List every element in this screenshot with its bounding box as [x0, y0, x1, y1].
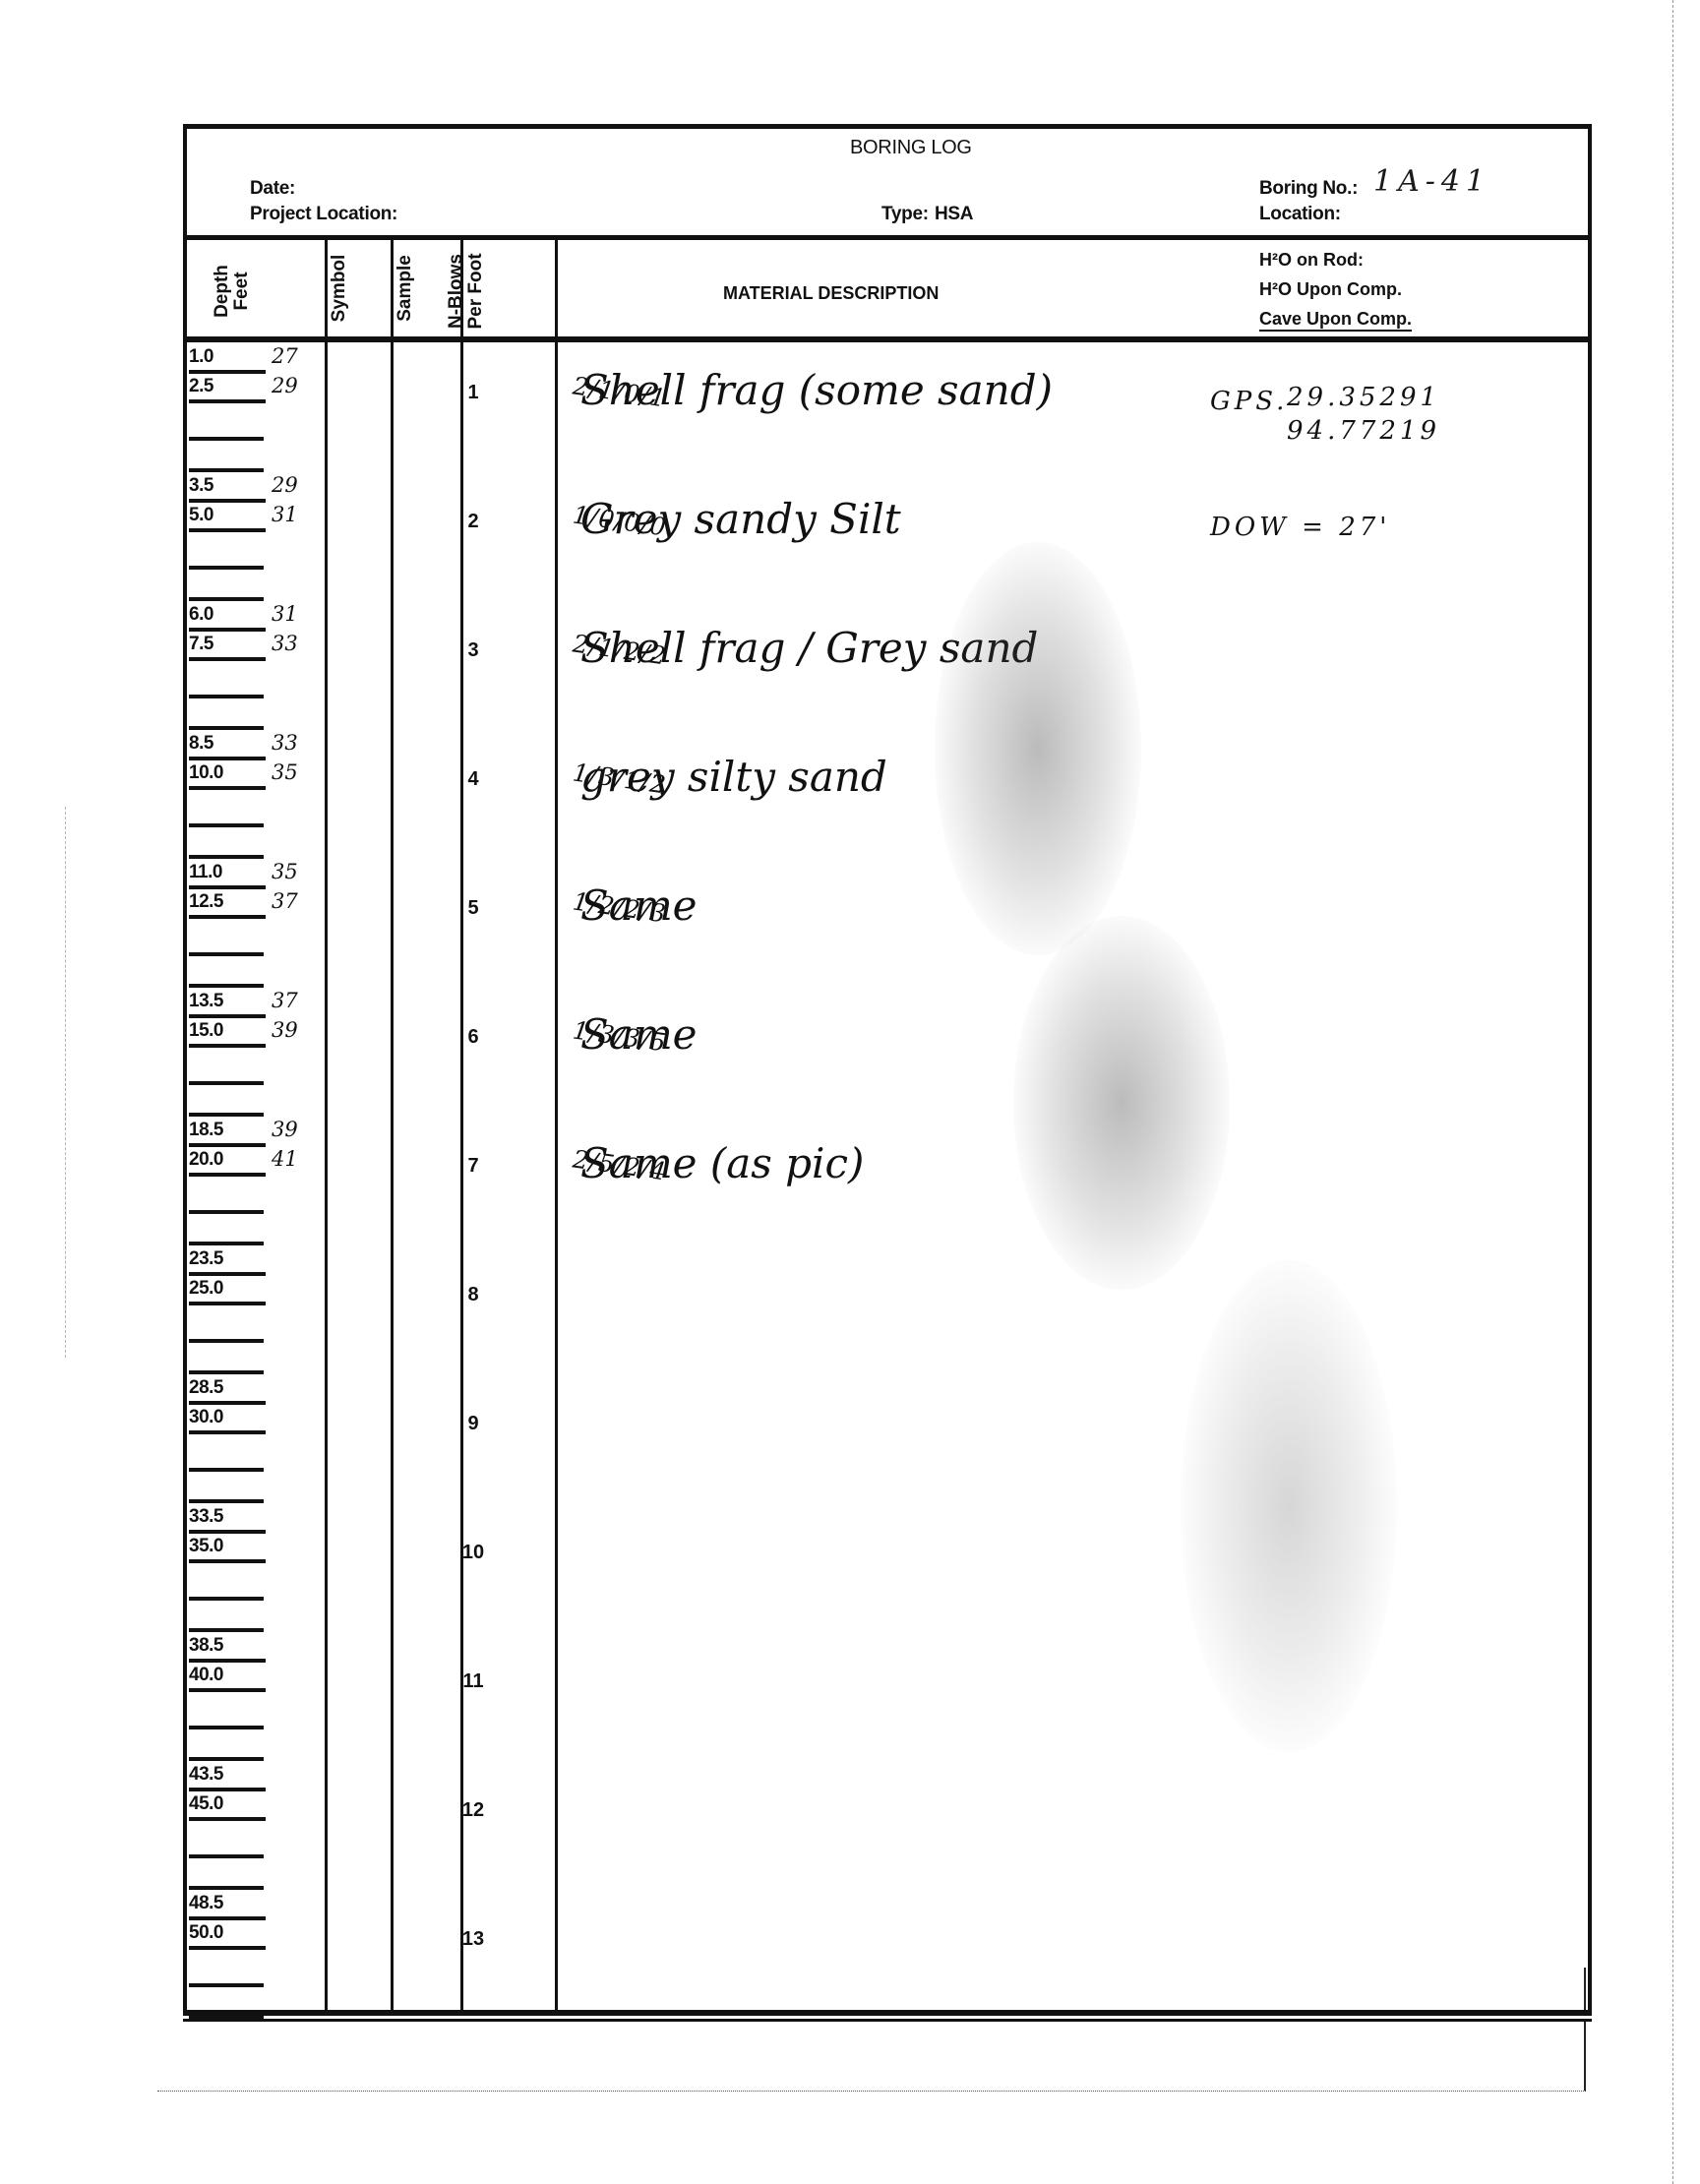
sample-number: 3 — [460, 639, 486, 662]
sample-number: 5 — [460, 897, 486, 920]
boring-no-value: 1A-41 — [1373, 164, 1490, 199]
sample-row: 43.545.012 — [187, 1760, 1588, 1889]
cave-upon-comp-label: Cave Upon Comp. — [1259, 309, 1412, 332]
depth-top: 8.5 — [189, 731, 266, 760]
sample-number: 2 — [460, 511, 486, 533]
scan-smudge — [935, 542, 1141, 955]
depth-tick — [189, 1854, 264, 1858]
gps-label: GPS. — [1210, 387, 1288, 416]
depth-tick — [189, 1468, 264, 1472]
scan-page-edge-left — [65, 807, 66, 1358]
sample-number: 4 — [460, 768, 486, 791]
depth-bottom: 15.0 — [189, 1018, 266, 1048]
dow-note: DOW = 27' — [1210, 513, 1390, 542]
depth-top-handwritten: 33 — [272, 731, 298, 755]
gps-longitude: 94.77219 — [1287, 416, 1440, 446]
type-label: Type: — [881, 204, 929, 225]
scan-smudge — [1181, 1260, 1397, 1752]
depth-tick — [189, 437, 264, 441]
depth-top: 28.5 — [189, 1375, 266, 1405]
boring-no-label: Boring No.: — [1259, 178, 1358, 200]
depth-bottom-handwritten: 35 — [272, 760, 298, 784]
scan-smudge — [1013, 916, 1230, 1290]
sample-number: 7 — [460, 1155, 486, 1178]
location-label: Location: — [1259, 204, 1341, 225]
depth-unit-label: Feet — [231, 272, 252, 310]
depth-bottom-handwritten: 37 — [272, 889, 298, 913]
depth-tick — [189, 952, 264, 956]
depth-top: 43.5 — [189, 1762, 266, 1791]
sample-number: 8 — [460, 1284, 486, 1306]
column-sample-header: Sample — [395, 244, 417, 333]
depth-bottom: 45.0 — [189, 1791, 266, 1821]
sample-number: 9 — [460, 1413, 486, 1435]
depth-bottom: 5.0 — [189, 503, 266, 532]
sample-number: 12 — [460, 1799, 486, 1822]
column-material-header: MATERIAL DESCRIPTION — [723, 283, 939, 304]
depth-top: 18.5 — [189, 1118, 266, 1147]
depth-bottom-handwritten: 33 — [272, 632, 298, 655]
depth-tick — [189, 2015, 264, 2019]
depth-top: 11.0 — [189, 860, 266, 889]
depth-top: 33.5 — [189, 1504, 266, 1534]
depth-top: 6.0 — [189, 602, 266, 632]
depth-bottom: 2.5 — [189, 374, 266, 403]
depth-bottom: 20.0 — [189, 1147, 266, 1177]
sample-row: 13.53715.03961/3/3/5Same — [187, 987, 1588, 1116]
sample-row: 8.53310.03541/3/1/2grey silty sand — [187, 729, 1588, 858]
depth-top-handwritten: 27 — [272, 344, 298, 368]
depth-top-handwritten: 31 — [272, 602, 298, 626]
depth-tick — [189, 1726, 264, 1729]
depth-tick — [189, 1983, 264, 1987]
column-depth-header: Depth Feet — [212, 242, 256, 340]
depth-top: 3.5 — [189, 473, 266, 503]
depth-bottom: 40.0 — [189, 1663, 266, 1692]
date-label: Date: — [250, 178, 295, 200]
sample-row: 23.525.08 — [187, 1244, 1588, 1373]
depth-top: 38.5 — [189, 1633, 266, 1663]
material-description: Same — [580, 1010, 698, 1059]
depth-tick — [189, 1081, 264, 1085]
sample-row: 48.550.013 — [187, 1889, 1588, 2018]
depth-bottom-handwritten: 41 — [272, 1147, 298, 1171]
sample-rows: 1.0272.52912/1/0/1Shell frag (some sand)… — [187, 342, 1588, 2010]
sample-number: 6 — [460, 1026, 486, 1049]
depth-top-handwritten: 39 — [272, 1118, 298, 1141]
column-nblows-header: N-Blows Per Foot — [447, 242, 490, 340]
depth-bottom: 12.5 — [189, 889, 266, 919]
sample-number: 13 — [460, 1928, 486, 1951]
depth-label: Depth — [212, 265, 232, 318]
depth-bottom: 10.0 — [189, 760, 266, 790]
depth-top: 48.5 — [189, 1891, 266, 1920]
sample-row: 38.540.011 — [187, 1631, 1588, 1760]
form-header: BORING LOG Date: Project Location: Type:… — [187, 129, 1588, 240]
material-description: Grey sandy Silt — [580, 495, 901, 543]
sample-row: 11.03512.53751/2/2/3Same — [187, 858, 1588, 987]
depth-bottom: 25.0 — [189, 1276, 266, 1305]
depth-top: 1.0 — [189, 344, 266, 374]
gps-latitude: 29.35291 — [1287, 383, 1440, 412]
depth-top: 13.5 — [189, 989, 266, 1018]
scan-page-edge — [1672, 0, 1673, 2184]
depth-bottom: 7.5 — [189, 632, 266, 661]
column-symbol-header: Symbol — [330, 244, 351, 333]
depth-tick — [189, 695, 264, 698]
depth-bottom-handwritten: 31 — [272, 503, 298, 526]
nblows-unit-label: Per Foot — [465, 253, 486, 329]
depth-top-handwritten: 29 — [272, 473, 298, 497]
column-header-row: Depth Feet Symbol Sample N-Blows Per Foo… — [187, 240, 1588, 342]
depth-tick — [189, 1210, 264, 1214]
material-description: Shell frag (some sand) — [580, 366, 1053, 414]
depth-tick — [189, 823, 264, 827]
depth-top-handwritten: 35 — [272, 860, 298, 883]
depth-bottom-handwritten: 29 — [272, 374, 298, 397]
sample-number: 1 — [460, 382, 486, 404]
depth-bottom-handwritten: 39 — [272, 1018, 298, 1042]
depth-bottom: 50.0 — [189, 1920, 266, 1950]
material-description: grey silty sand — [580, 753, 887, 801]
depth-tick — [189, 1339, 264, 1343]
h2o-upon-comp-label: H²O Upon Comp. — [1259, 279, 1402, 300]
depth-top-handwritten: 37 — [272, 989, 298, 1012]
material-description: Same — [580, 881, 698, 930]
depth-tick — [189, 1597, 264, 1601]
sample-number: 11 — [460, 1670, 486, 1693]
depth-tick — [189, 566, 264, 570]
material-description: Same (as pic) — [580, 1139, 864, 1187]
sample-row: 18.53920.04172/5/2/4Same (as pic) — [187, 1116, 1588, 1244]
depth-top: 23.5 — [189, 1246, 266, 1276]
sample-number: 10 — [460, 1542, 486, 1564]
sample-row: 6.0317.53332/1/2/2Shell frag / Grey sand — [187, 600, 1588, 729]
project-location-label: Project Location: — [250, 204, 397, 225]
depth-bottom: 35.0 — [189, 1534, 266, 1563]
form-title: BORING LOG — [850, 137, 972, 159]
h2o-on-rod-label: H²O on Rod: — [1259, 250, 1364, 271]
depth-bottom: 30.0 — [189, 1405, 266, 1434]
type-value: HSA — [935, 204, 973, 225]
boring-log-form: BORING LOG Date: Project Location: Type:… — [183, 124, 1592, 2016]
